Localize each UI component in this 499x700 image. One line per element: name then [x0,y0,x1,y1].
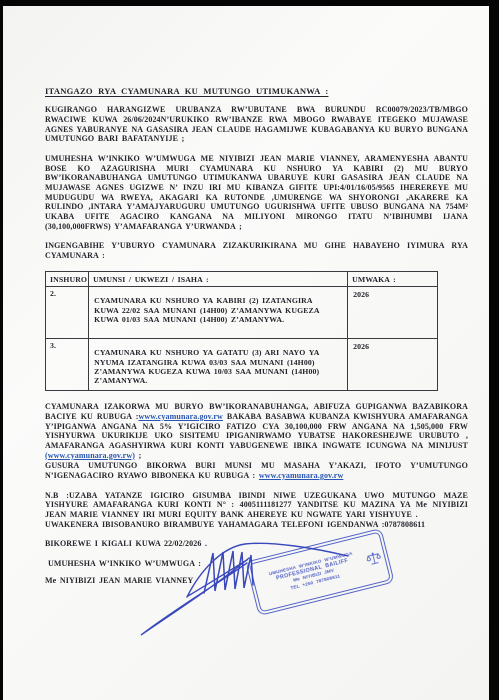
round-number: 2. [46,287,89,339]
printed-url: www.cyamunara.gov.rw [259,471,343,480]
signature-block: UMUHESHA W’INKIKO W’UMWUGA : Me NIYIBIZI… [45,559,468,679]
paragraph-auction-announcement: UMUHESHA W’INKIKO W’UMWUGA ME NIYIBIZI J… [45,154,468,231]
round-year: 2026 [348,339,438,391]
printed-url: (www.cyamunara.gov.rw) [45,451,135,460]
paragraph-place-date: BIKOREWE I KIGALI KUWA 22/02/2026 . [45,539,468,549]
table-row: 2. CYAMUNARA KU NSHURO YA KABIRI (2) IZA… [46,287,438,339]
stamp-text: UMUHESHA W’INKIKO W’UMWUGA PROFESSIONAL … [259,548,368,599]
table-header-row: INSHURO UMUNSI / UKWEZI / ISAHA : UMWAKA… [46,271,438,286]
paragraph-bidding-procedure: CYAMUNARA IZAKORWA MU BURYO BW’IKORANABU… [45,402,468,460]
column-header-round: INSHURO [46,271,89,286]
nb-contact-note: UWAKENERA IBISOBANURO BIRAMBUYE YAHAMAGA… [45,520,425,529]
printed-url: www.cyamunara.gov.rw [138,412,222,421]
paragraph-schedule-heading: INGENGABIHE Y’UBURYO CYAMUNARA ZIZAKURIK… [45,241,468,260]
column-header-year: UMWAKA : [348,271,438,286]
round-details: CYAMUNARA KU NSHURO YA GATATU (3) ARI NA… [89,339,348,391]
round-year: 2026 [348,287,438,339]
paragraph-nota-bene: N.B :UZABA YATANZE IGICIRO GISUMBA IBIND… [45,491,468,530]
paragraph-property-visit: GUSURA UMUTUNGO BIKORWA BURI MUNSI MU MA… [45,461,468,480]
auction-schedule-table: INSHURO UMUNSI / UKWEZI / ISAHA : UMWAKA… [45,271,438,391]
paragraph-text: GUSURA UMUTUNGO BIKORWA BURI MUNSI MU MA… [45,461,468,480]
paragraph-case-intro: KUGIRANGO HARANGIZWE URUBANZA RW’UBUTANE… [45,105,468,144]
document-body: ITANGAZO RYA CYAMUNARA KU MUTUNGO UTIMUK… [45,86,468,679]
document-title: ITANGAZO RYA CYAMUNARA KU MUTUNGO UTIMUK… [45,86,468,96]
paragraph-text: ; [135,451,141,460]
scales-of-justice-icon [365,550,383,567]
nb-payment-note: N.B :UZABA YATANZE IGICIRO GISUMBA IBIND… [45,491,468,519]
table-row: 3. CYAMUNARA KU NSHURO YA GATATU (3) ARI… [46,339,438,391]
column-header-details: UMUNSI / UKWEZI / ISAHA : [89,271,348,286]
round-details: CYAMUNARA KU NSHURO YA KABIRI (2) IZATAN… [89,287,348,339]
scanned-document-page: ITANGAZO RYA CYAMUNARA KU MUTUNGO UTIMUK… [3,6,489,700]
round-number: 3. [46,339,89,391]
